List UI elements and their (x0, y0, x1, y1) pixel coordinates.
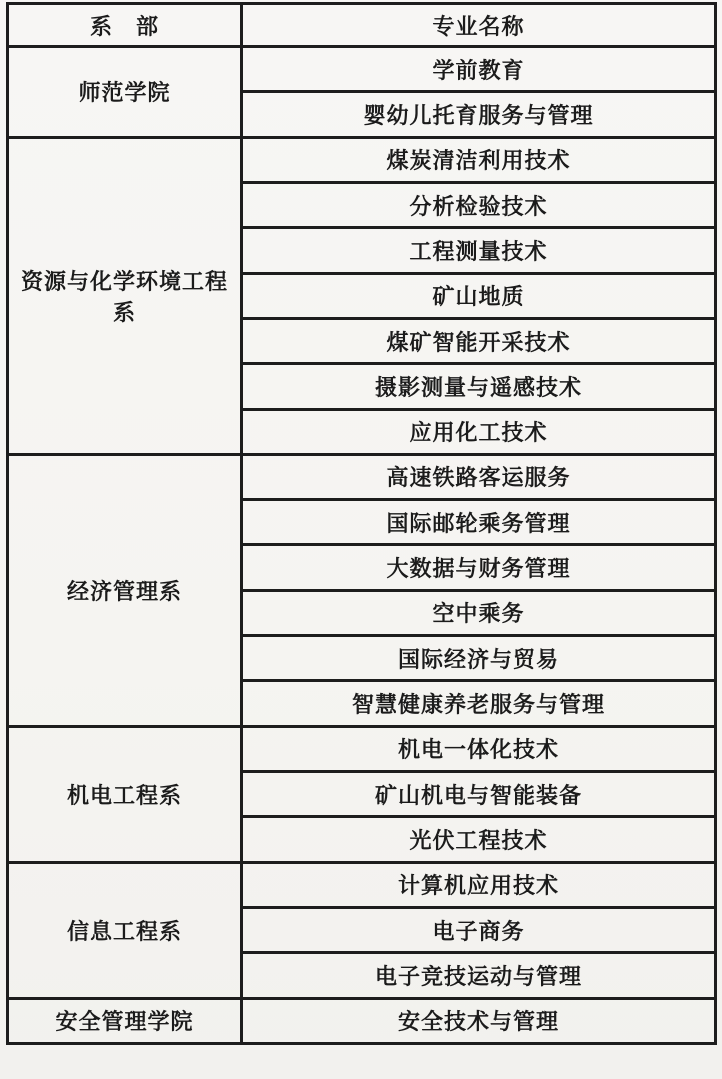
major-cell: 工程测量技术 (242, 228, 716, 273)
department-major-table: 系 部 专业名称 师范学院学前教育婴幼儿托育服务与管理资源与化学环境工程系煤炭清… (6, 2, 717, 1045)
major-cell: 高速铁路客运服务 (242, 454, 716, 499)
major-cell: 矿山地质 (242, 273, 716, 318)
major-cell: 婴幼儿托育服务与管理 (242, 92, 716, 137)
major-cell: 机电一体化技术 (242, 726, 716, 771)
header-major: 专业名称 (242, 4, 716, 47)
header-department: 系 部 (8, 4, 242, 47)
major-cell: 计算机应用技术 (242, 862, 716, 907)
major-cell: 空中乘务 (242, 590, 716, 635)
major-cell: 学前教育 (242, 47, 716, 92)
table-row: 经济管理系高速铁路客运服务 (8, 454, 716, 499)
table-row: 信息工程系计算机应用技术 (8, 862, 716, 907)
major-cell: 国际经济与贸易 (242, 636, 716, 681)
table-row: 安全管理学院安全技术与管理 (8, 998, 716, 1043)
major-cell: 智慧健康养老服务与管理 (242, 681, 716, 726)
major-cell: 分析检验技术 (242, 182, 716, 227)
table-body: 师范学院学前教育婴幼儿托育服务与管理资源与化学环境工程系煤炭清洁利用技术分析检验… (8, 47, 716, 1044)
major-cell: 国际邮轮乘务管理 (242, 500, 716, 545)
table-header-row: 系 部 专业名称 (8, 4, 716, 47)
major-cell: 煤矿智能开采技术 (242, 318, 716, 363)
major-cell: 电子竞技运动与管理 (242, 953, 716, 998)
table-row: 师范学院学前教育 (8, 47, 716, 92)
major-cell: 大数据与财务管理 (242, 545, 716, 590)
department-cell: 经济管理系 (8, 454, 242, 726)
table-row: 机电工程系机电一体化技术 (8, 726, 716, 771)
major-cell: 煤炭清洁利用技术 (242, 137, 716, 182)
major-cell: 光伏工程技术 (242, 817, 716, 862)
department-cell: 安全管理学院 (8, 998, 242, 1043)
table-row: 资源与化学环境工程系煤炭清洁利用技术 (8, 137, 716, 182)
major-cell: 应用化工技术 (242, 409, 716, 454)
major-cell: 矿山机电与智能装备 (242, 772, 716, 817)
department-cell: 信息工程系 (8, 862, 242, 998)
department-cell: 师范学院 (8, 47, 242, 138)
department-cell: 机电工程系 (8, 726, 242, 862)
department-cell: 资源与化学环境工程系 (8, 137, 242, 454)
major-cell: 安全技术与管理 (242, 998, 716, 1043)
major-cell: 摄影测量与遥感技术 (242, 364, 716, 409)
major-cell: 电子商务 (242, 907, 716, 952)
